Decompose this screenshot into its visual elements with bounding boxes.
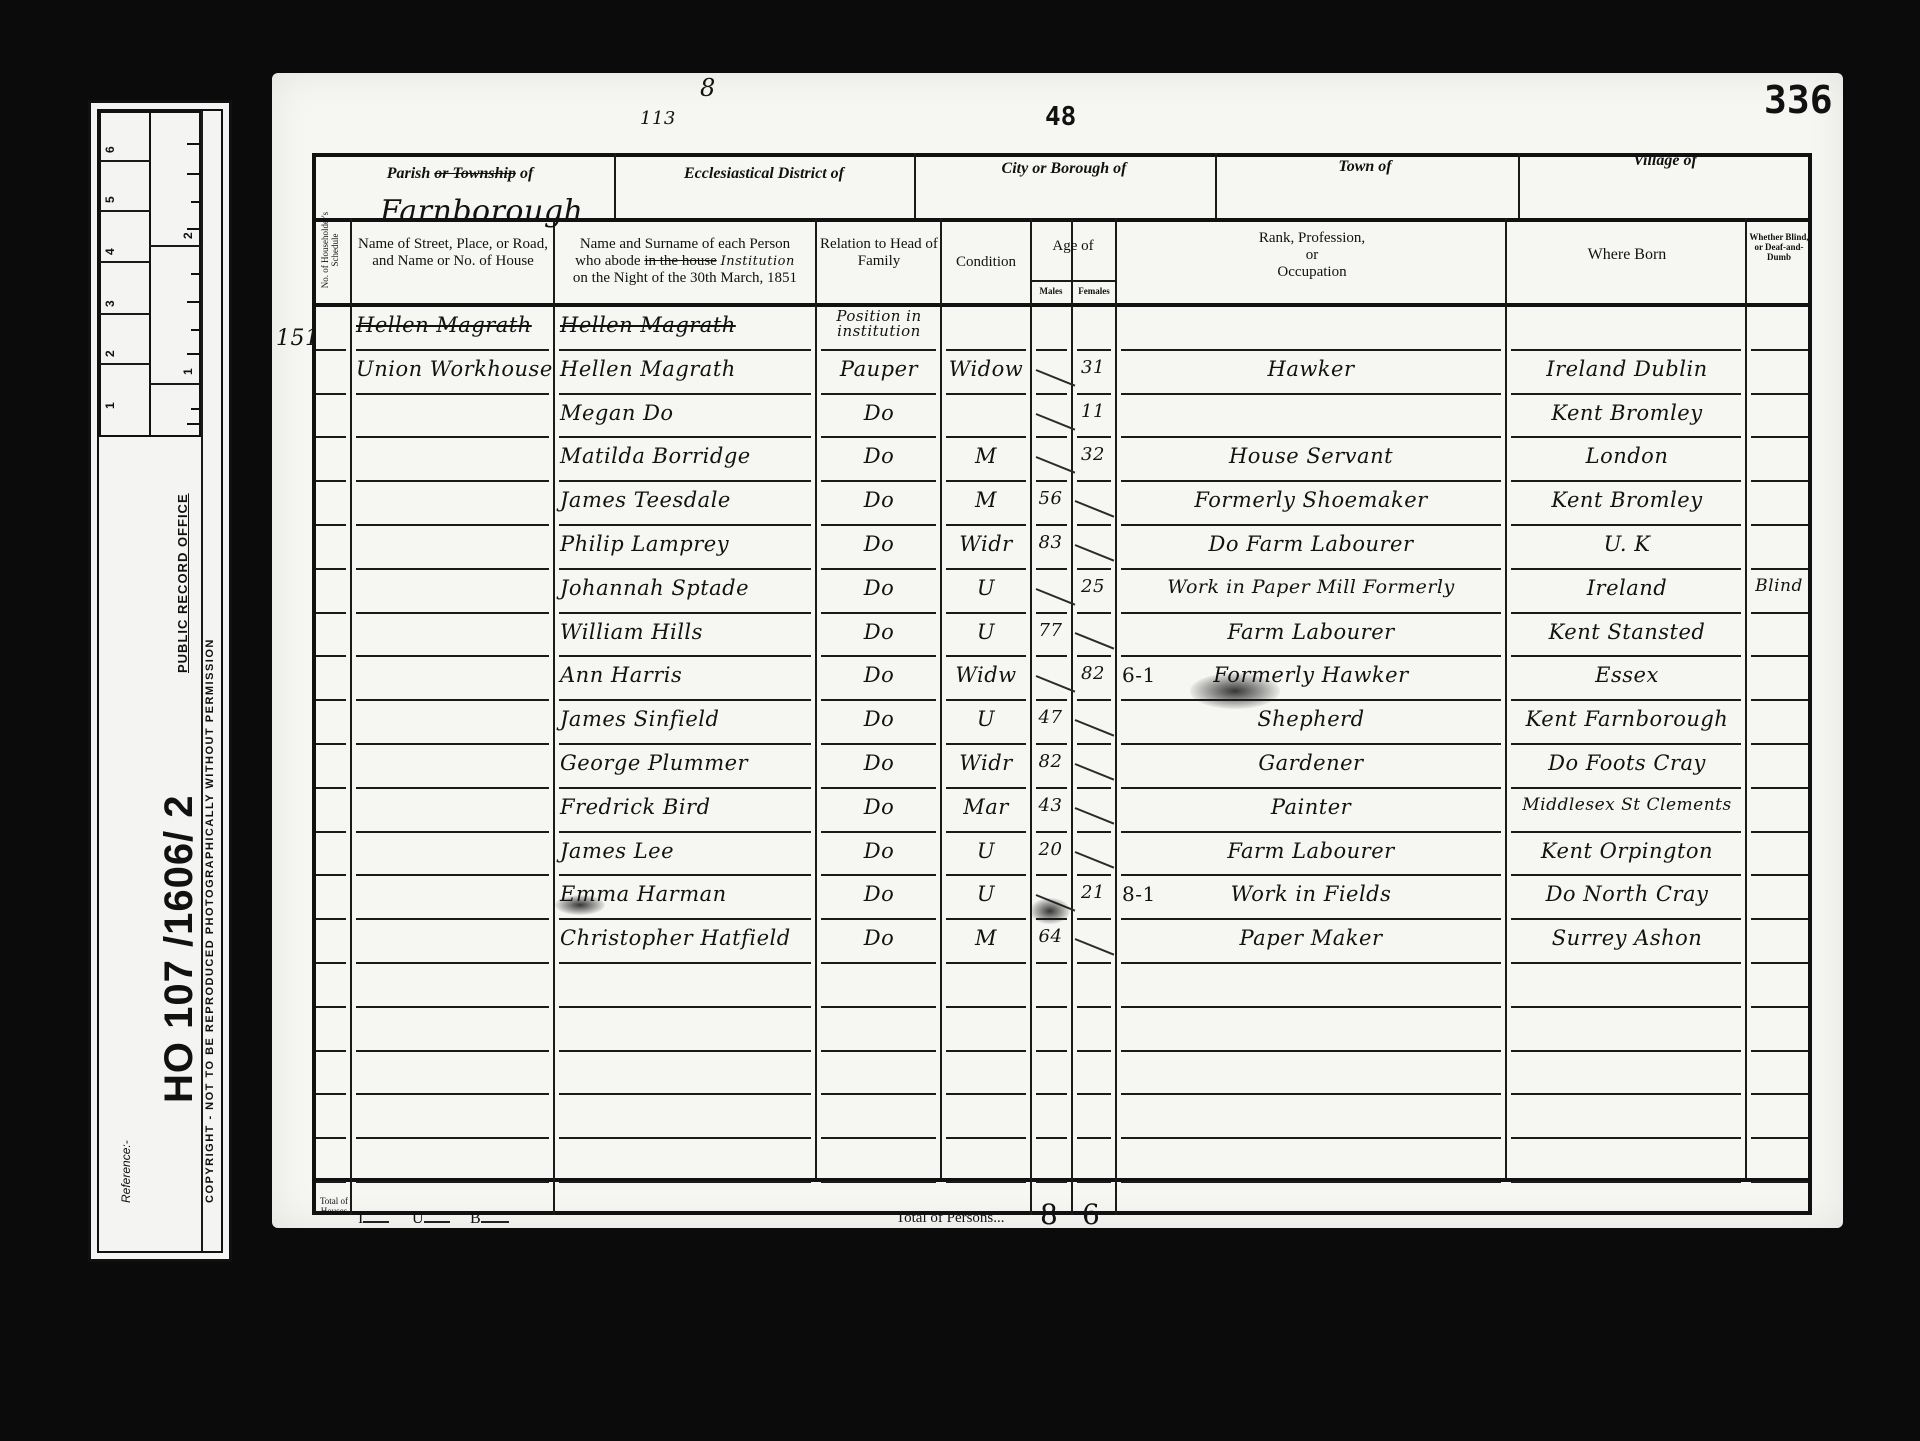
row-rule	[946, 524, 1026, 526]
row-rule	[356, 1137, 549, 1139]
row-rule	[1036, 1181, 1067, 1183]
name-cell: George Plummer	[560, 751, 815, 775]
row-rule	[821, 699, 936, 701]
condition-cell: M	[942, 488, 1030, 512]
row-rule	[1121, 612, 1501, 614]
row-rule	[946, 436, 1026, 438]
row-rule	[559, 831, 811, 833]
row-rule	[1751, 1093, 1808, 1095]
row-rule	[946, 1093, 1026, 1095]
row-rule	[1036, 655, 1067, 657]
row-rule	[356, 1181, 549, 1183]
relation-cell: Position in institution	[818, 309, 940, 339]
row-rule	[946, 743, 1026, 745]
row-rule	[1036, 1093, 1067, 1095]
row-rule	[559, 568, 811, 570]
row-rule	[1511, 699, 1741, 701]
female-age-cell: 21	[1071, 882, 1115, 903]
row-rule	[1121, 524, 1501, 526]
row-rule	[1036, 480, 1067, 482]
row-rule	[946, 612, 1026, 614]
row-rule	[356, 831, 549, 833]
male-age-cell: 83	[1030, 532, 1071, 553]
row-rule	[316, 655, 346, 657]
row-rule	[1077, 655, 1111, 657]
relation-cell: Do	[818, 707, 940, 731]
occupation-cell: Gardener	[1118, 751, 1504, 775]
row-rule	[559, 655, 811, 657]
row-rule	[316, 524, 346, 526]
row-rule	[559, 787, 811, 789]
total-persons-label: Total of Persons...	[896, 1210, 1005, 1227]
row-rule	[1077, 436, 1111, 438]
row-rule	[559, 1050, 811, 1052]
row-rule	[821, 393, 936, 395]
condition-cell: U	[942, 882, 1030, 906]
condition-cell: U	[942, 839, 1030, 863]
row-rule	[1077, 1093, 1111, 1095]
relation-cell: Do	[818, 751, 940, 775]
where-born-cell: Ireland Dublin	[1508, 357, 1746, 381]
row-rule	[1036, 1137, 1067, 1139]
row-rule	[1511, 831, 1741, 833]
row-rule	[1077, 743, 1111, 745]
relation-cell: Do	[818, 926, 940, 950]
row-rule	[1077, 1137, 1111, 1139]
occupation-note: 8-1	[1122, 882, 1156, 906]
where-born-cell: Essex	[1508, 663, 1746, 687]
header-separator	[614, 153, 616, 218]
occupation-cell: Work in Paper Mill Formerly	[1118, 576, 1504, 598]
where-born-cell: Middlesex St Clements	[1508, 795, 1746, 815]
female-age-cell: 32	[1071, 444, 1115, 465]
row-rule	[1751, 393, 1808, 395]
occupation-cell: Farm Labourer	[1118, 620, 1504, 644]
male-age-cell: 77	[1030, 620, 1071, 641]
occupation-cell: Paper Maker	[1118, 926, 1504, 950]
row-rule	[559, 962, 811, 964]
ruler-mark-1: 1	[103, 402, 117, 409]
relation-cell: Do	[818, 444, 940, 468]
row-rule	[1121, 831, 1501, 833]
row-rule	[1077, 874, 1111, 876]
row-rule	[1121, 568, 1501, 570]
row-rule	[821, 1181, 936, 1183]
row-rule	[1121, 655, 1501, 657]
row-rule	[1511, 1093, 1741, 1095]
ecclesiastical-district-label: Ecclesiastical District of	[614, 165, 914, 182]
ink-smudge	[555, 895, 605, 915]
row-rule	[1036, 436, 1067, 438]
row-rule	[1511, 1006, 1741, 1008]
male-age-cell: 47	[1030, 707, 1071, 728]
row-rule	[316, 918, 346, 920]
occupation-cell: Farm Labourer	[1118, 839, 1504, 863]
row-rule	[946, 874, 1026, 876]
row-rule	[821, 612, 936, 614]
row-rule	[316, 1137, 346, 1139]
row-rule	[356, 1006, 549, 1008]
row-rule	[1511, 1181, 1741, 1183]
ruler-mark-5: 5	[103, 196, 117, 203]
row-rule	[946, 699, 1026, 701]
relation-cell: Pauper	[818, 357, 940, 381]
where-born-cell: Kent Farnborough	[1508, 707, 1746, 731]
row-rule	[559, 393, 811, 395]
copyright-notice: COPYRIGHT - NOT TO BE REPRODUCED PHOTOGR…	[204, 638, 216, 1203]
row-rule	[316, 349, 346, 351]
office-name: PUBLIC RECORD OFFICE	[175, 493, 190, 673]
row-rule	[1511, 1050, 1741, 1052]
row-rule	[1121, 1181, 1501, 1183]
male-age-cell: 43	[1030, 795, 1071, 816]
column-separator	[1030, 1178, 1032, 1215]
row-rule	[1121, 480, 1501, 482]
occupation-cell: Work in Fields	[1118, 882, 1504, 906]
row-rule	[1511, 349, 1741, 351]
margin-note: 113	[640, 108, 676, 129]
name-cell: James Sinfield	[560, 707, 815, 731]
name-cell: William Hills	[560, 620, 815, 644]
row-rule	[821, 831, 936, 833]
row-rule	[821, 918, 936, 920]
row-rule	[1751, 918, 1808, 920]
condition-cell: M	[942, 444, 1030, 468]
houses-inhabited: I	[358, 1210, 389, 1228]
col-occupation: Rank, Profession, or Occupation	[1118, 230, 1506, 281]
row-rule	[559, 1137, 811, 1139]
row-rule	[1036, 874, 1067, 876]
where-born-cell: Kent Stansted	[1508, 620, 1746, 644]
col-name: Name and Surname of each Person who abod…	[555, 236, 815, 287]
row-rule	[821, 480, 936, 482]
row-rule	[946, 1137, 1026, 1139]
row-rule	[946, 349, 1026, 351]
column-separator	[1030, 218, 1032, 1178]
row-rule	[946, 787, 1026, 789]
row-rule	[821, 962, 936, 964]
row-rule	[356, 480, 549, 482]
col-males: Males	[1030, 286, 1072, 296]
inch-mark-2: 2	[181, 232, 195, 239]
row-rule	[356, 1093, 549, 1095]
row-rule	[946, 655, 1026, 657]
occupation-cell: Formerly Shoemaker	[1118, 488, 1504, 512]
relation-cell: Do	[818, 663, 940, 687]
row-rule	[1511, 568, 1741, 570]
row-rule	[821, 1093, 936, 1095]
where-born-cell: London	[1508, 444, 1746, 468]
column-separator	[1115, 1178, 1117, 1215]
name-cell: Christopher Hatfield	[560, 926, 815, 950]
street-cell: Hellen Magrath	[356, 313, 550, 337]
row-rule	[821, 349, 936, 351]
row-rule	[1036, 962, 1067, 964]
row-rule	[559, 743, 811, 745]
row-rule	[559, 612, 811, 614]
row-rule	[821, 1137, 936, 1139]
male-age-cell: 64	[1030, 926, 1071, 947]
row-rule	[1036, 787, 1067, 789]
row-rule	[316, 1181, 346, 1183]
row-rule	[1751, 480, 1808, 482]
name-cell: Fredrick Bird	[560, 795, 815, 819]
row-rule	[1751, 612, 1808, 614]
row-rule	[1511, 874, 1741, 876]
row-rule	[946, 962, 1026, 964]
row-rule	[1077, 524, 1111, 526]
row-rule	[1036, 524, 1067, 526]
row-rule	[1077, 480, 1111, 482]
row-rule	[356, 1050, 549, 1052]
row-rule	[821, 1006, 936, 1008]
row-rule	[1077, 1181, 1111, 1183]
row-rule	[1511, 612, 1741, 614]
row-rule	[356, 612, 549, 614]
male-age-cell: 82	[1030, 751, 1071, 772]
name-cell: James Teesdale	[560, 488, 815, 512]
where-born-cell: Kent Bromley	[1508, 488, 1746, 512]
row-rule	[1751, 699, 1808, 701]
row-rule	[316, 962, 346, 964]
row-rule	[1511, 436, 1741, 438]
town-label: Town of	[1215, 158, 1515, 175]
row-rule	[559, 699, 811, 701]
row-rule	[559, 874, 811, 876]
row-rule	[1511, 524, 1741, 526]
female-age-cell: 11	[1071, 401, 1115, 422]
row-rule	[316, 874, 346, 876]
row-rule	[1036, 1006, 1067, 1008]
occupation-cell: Shepherd	[1118, 707, 1504, 731]
occupation-note: 6-1	[1122, 663, 1156, 687]
margin-note-2: 8	[700, 74, 716, 102]
condition-cell: Widr	[942, 532, 1030, 556]
folio-number: 336	[1764, 78, 1833, 122]
row-rule	[559, 918, 811, 920]
row-rule	[356, 787, 549, 789]
condition-cell: M	[942, 926, 1030, 950]
row-rule	[1121, 962, 1501, 964]
row-rule	[1751, 831, 1808, 833]
row-rule	[946, 1050, 1026, 1052]
row-rule	[1077, 1050, 1111, 1052]
row-rule	[1751, 787, 1808, 789]
name-cell: Matilda Borridge	[560, 444, 815, 468]
row-rule	[356, 393, 549, 395]
row-rule	[1077, 699, 1111, 701]
row-rule	[356, 874, 549, 876]
row-rule	[1077, 393, 1111, 395]
inch-mark-1: 1	[181, 368, 195, 375]
row-rule	[356, 349, 549, 351]
header-bottom-rule	[312, 303, 1812, 307]
row-rule	[821, 1050, 936, 1052]
row-rule	[356, 436, 549, 438]
row-rule	[821, 524, 936, 526]
where-born-cell: Kent Bromley	[1508, 401, 1746, 425]
row-rule	[1036, 612, 1067, 614]
row-rule	[1036, 699, 1067, 701]
condition-cell: U	[942, 707, 1030, 731]
occupation-cell: House Servant	[1118, 444, 1504, 468]
row-rule	[1036, 1050, 1067, 1052]
row-rule	[316, 1006, 346, 1008]
row-rule	[356, 699, 549, 701]
parish-label: Parish or Township of	[340, 165, 580, 182]
row-rule	[356, 524, 549, 526]
ruler-mark-4: 4	[103, 248, 117, 255]
condition-cell: Widr	[942, 751, 1030, 775]
name-cell: Hellen Magrath	[560, 357, 815, 381]
row-rule	[1751, 743, 1808, 745]
row-rule	[316, 480, 346, 482]
row-rule	[316, 1050, 346, 1052]
row-rule	[559, 1093, 811, 1095]
column-separator	[553, 218, 555, 1215]
male-age-cell: 20	[1030, 839, 1071, 860]
where-born-cell: Kent Orpington	[1508, 839, 1746, 863]
name-cell: Megan Do	[560, 401, 815, 425]
relation-cell: Do	[818, 401, 940, 425]
row-rule	[1121, 787, 1501, 789]
city-borough-label: City or Borough of	[914, 160, 1214, 177]
row-rule	[316, 393, 346, 395]
ink-smudge	[1190, 673, 1280, 709]
col-relation: Relation to Head of Family	[818, 236, 940, 270]
condition-cell: Widow	[942, 357, 1030, 381]
row-rule	[821, 874, 936, 876]
condition-cell: U	[942, 576, 1030, 600]
row-rule	[1036, 393, 1067, 395]
row-rule	[1121, 393, 1501, 395]
where-born-cell: Ireland	[1508, 576, 1746, 600]
col-blind: Whether Blind, or Deaf-and-Dumb	[1748, 232, 1810, 262]
male-age-cell: 56	[1030, 488, 1071, 509]
condition-cell: Mar	[942, 795, 1030, 819]
row-rule	[821, 743, 936, 745]
name-cell: Philip Lamprey	[560, 532, 815, 556]
column-separator	[815, 218, 817, 1178]
row-rule	[1077, 1006, 1111, 1008]
name-cell: James Lee	[560, 839, 815, 863]
houses-building: B	[470, 1210, 509, 1228]
column-separator	[350, 218, 352, 1215]
row-rule	[1121, 1050, 1501, 1052]
reference-strip: 6 5 4 3 2 1 2 1 COPYRIGHT - NOT TO BE RE…	[88, 100, 232, 1262]
age-subheader-rule	[1030, 280, 1115, 282]
row-rule	[356, 655, 549, 657]
col-schedule: No. of Householder's Schedule	[320, 210, 340, 290]
row-rule	[1751, 568, 1808, 570]
occupation-cell: Painter	[1118, 795, 1504, 819]
row-rule	[356, 743, 549, 745]
column-separator	[1071, 1178, 1073, 1215]
relation-cell: Do	[818, 620, 940, 644]
row-rule	[1036, 568, 1067, 570]
total-females: 6	[1082, 1198, 1100, 1231]
row-rule	[316, 743, 346, 745]
col-females: Females	[1073, 286, 1115, 296]
row-rule	[1036, 831, 1067, 833]
row-rule	[559, 1006, 811, 1008]
row-rule	[1121, 349, 1501, 351]
row-rule	[946, 568, 1026, 570]
row-rule	[1121, 436, 1501, 438]
row-rule	[316, 831, 346, 833]
row-rule	[1077, 831, 1111, 833]
female-age-cell: 82	[1071, 663, 1115, 684]
total-males: 8	[1040, 1198, 1058, 1231]
row-rule	[1077, 612, 1111, 614]
row-rule	[1751, 1181, 1808, 1183]
row-rule	[559, 349, 811, 351]
row-rule	[821, 787, 936, 789]
row-rule	[1121, 1093, 1501, 1095]
name-cell: Hellen Magrath	[560, 313, 815, 337]
row-rule	[316, 699, 346, 701]
row-rule	[1121, 699, 1501, 701]
row-rule	[1751, 1137, 1808, 1139]
relation-cell: Do	[818, 882, 940, 906]
ruler-mark-6: 6	[103, 146, 117, 153]
ink-smudge	[1030, 898, 1070, 924]
row-rule	[1077, 918, 1111, 920]
row-rule	[356, 918, 549, 920]
name-cell: Johannah Sptade	[560, 576, 815, 600]
row-rule	[1077, 787, 1111, 789]
row-rule	[1751, 1006, 1808, 1008]
row-rule	[1751, 436, 1808, 438]
row-rule	[946, 480, 1026, 482]
row-rule	[1751, 524, 1808, 526]
row-rule	[1511, 480, 1741, 482]
ruler-mark-3: 3	[103, 300, 117, 307]
village-label: Village of	[1520, 152, 1810, 169]
row-rule	[946, 1181, 1026, 1183]
row-rule	[1751, 349, 1808, 351]
col-where-born: Where Born	[1508, 246, 1746, 263]
name-cell: Ann Harris	[560, 663, 815, 687]
row-rule	[559, 480, 811, 482]
row-rule	[946, 393, 1026, 395]
total-houses-label: Total of Houses	[316, 1196, 352, 1216]
row-rule	[1511, 1137, 1741, 1139]
occupation-cell: Do Farm Labourer	[1118, 532, 1504, 556]
row-rule	[1121, 1006, 1501, 1008]
row-rule	[1121, 874, 1501, 876]
row-rule	[559, 1181, 811, 1183]
row-rule	[821, 655, 936, 657]
row-rule	[559, 524, 811, 526]
occupation-cell: Hawker	[1118, 357, 1504, 381]
occupation-cell: Formerly Hawker	[1118, 663, 1504, 687]
relation-cell: Do	[818, 795, 940, 819]
row-rule	[1077, 568, 1111, 570]
row-rule	[559, 436, 811, 438]
row-rule	[356, 568, 549, 570]
row-rule	[946, 918, 1026, 920]
page-number: 48	[1045, 102, 1076, 132]
row-rule	[1121, 918, 1501, 920]
row-rule	[316, 1093, 346, 1095]
row-rule	[1121, 743, 1501, 745]
row-rule	[1036, 743, 1067, 745]
female-age-cell: 25	[1071, 576, 1115, 597]
female-age-cell: 31	[1071, 357, 1115, 378]
where-born-cell: U. K	[1508, 532, 1746, 556]
row-rule	[1077, 962, 1111, 964]
